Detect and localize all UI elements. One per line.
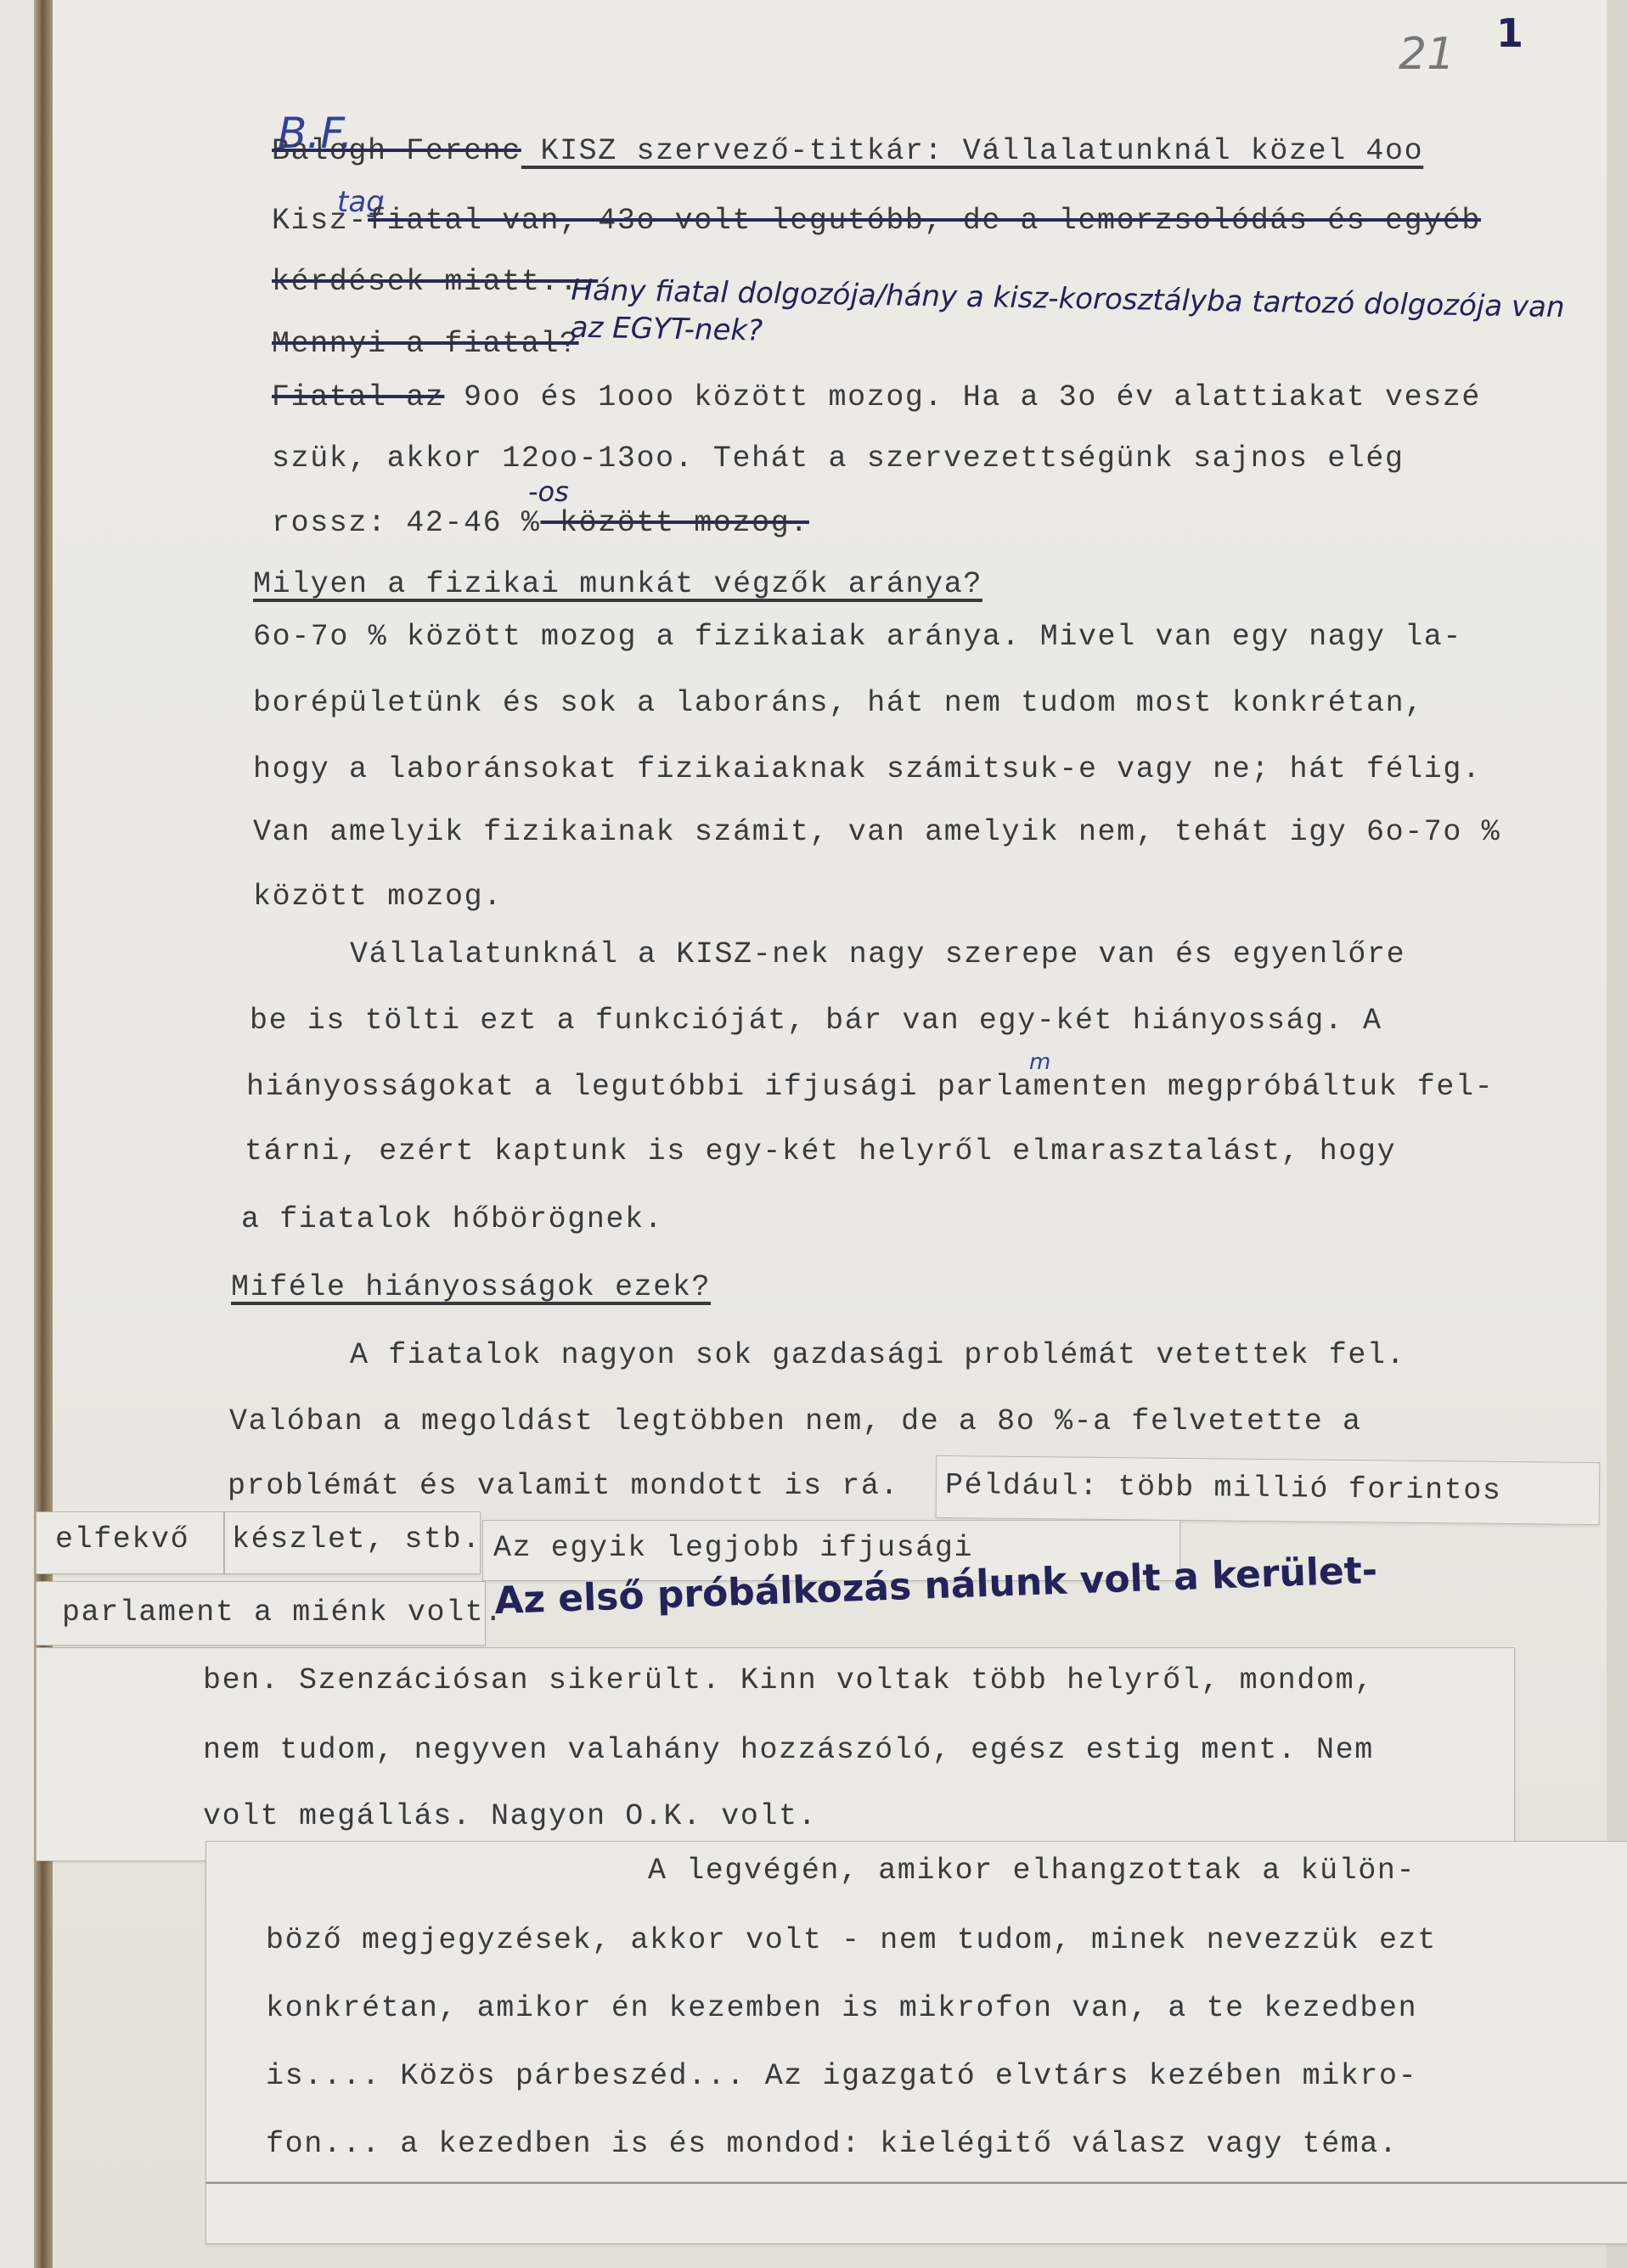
struck-text: fiatal van, 43o volt legutóbb, de a lemo… (368, 204, 1481, 238)
text-line: Mennyi a fiatal? (272, 327, 579, 361)
text-line: között mozog. (253, 880, 503, 914)
text-line: ben. Szenzációsan sikerült. Kinn voltak … (203, 1663, 1374, 1697)
struck-text: Fiatal az (272, 380, 444, 414)
text-line: Fiatal az 9oo és 1ooo között mozog. Ha a… (272, 380, 1481, 414)
text-line: böző megjegyzések, akkor volt - nem tudo… (266, 1923, 1437, 1957)
text-line: fon... a kezedben is és mondod: kielégit… (266, 2127, 1399, 2161)
text-fragment: Kisz- (272, 204, 368, 238)
interview-question: Miféle hiányosságok ezek? (231, 1270, 711, 1304)
text-line: hiányosságokat a legutóbbi ifjusági parl… (246, 1070, 1494, 1104)
text-line: elfekvő (55, 1522, 189, 1556)
text-line: A fiatalok nagyon sok gazdasági problémá… (350, 1338, 1405, 1372)
text-line: problémát és valamit mondott is rá. (228, 1469, 899, 1503)
text-line: 6o-7o % között mozog a fizikaiak aránya.… (253, 620, 1462, 654)
pasted-slip: Például: több millió forintos (936, 1455, 1601, 1525)
handwritten-question: Hány fiatal dolgozója/hány a kisz-korosz… (570, 272, 1573, 364)
pasted-slip: készlet, stb. (224, 1511, 481, 1574)
text-line: készlet, stb. (232, 1522, 481, 1556)
text-fragment: 9oo és 1ooo között mozog. Ha a 3o év ala… (444, 380, 1481, 414)
text-line: parlament a miénk volt. (62, 1595, 504, 1629)
text-line: Vállalatunknál a KISZ-nek nagy szerepe v… (350, 937, 1405, 971)
page-number-ink: 1 (1496, 10, 1523, 56)
text-line: Balogh Ferenc KISZ szervező-titkár: Váll… (272, 134, 1423, 168)
insertion-annotation: -os (528, 476, 569, 508)
pasted-slip: parlament a miénk volt. (36, 1581, 486, 1646)
document-page: 21 1 B.F. Balogh Ferenc KISZ szervező-ti… (53, 0, 1607, 2268)
binder-spine (34, 0, 53, 2268)
text-line: Az egyik legjobb ifjusági (493, 1531, 973, 1565)
speaker-role: KISZ szervező-titkár: Vállalatunknál köz… (521, 134, 1423, 168)
text-line: volt megállás. Nagyon O.K. volt. (203, 1799, 817, 1833)
text-line: Van amelyik fizikainak számit, van amely… (253, 815, 1500, 849)
pasted-slip: ben. Szenzációsan sikerült. Kinn voltak … (36, 1647, 1515, 1861)
text-line: konkrétan, amikor én kezemben is mikrofo… (266, 1991, 1417, 2025)
text-line: Kisz-fiatal van, 43o volt legutóbb, de a… (272, 204, 1481, 238)
page-number-pencil: 21 (1399, 29, 1455, 80)
text-line: nem tudom, negyven valahány hozzászóló, … (203, 1733, 1374, 1767)
struck-text: között mozog. (540, 506, 808, 540)
text-line: be is tölti ezt a funkcióját, bár van eg… (250, 1004, 1382, 1038)
background-sheet (0, 0, 37, 2268)
stacked-sheet-edge (205, 2182, 1627, 2244)
text-line: szük, akkor 12oo-13oo. Tehát a szervezet… (272, 442, 1405, 476)
text-line: A legvégén, amikor elhangzottak a külön- (648, 1854, 1416, 1888)
text-line: is.... Közös párbeszéd... Az igazgató el… (266, 2059, 1417, 2093)
interview-question: Milyen a fizikai munkát végzők aránya? (253, 567, 982, 601)
text-line: Valóban a megoldást legtöbben nem, de a … (229, 1404, 1362, 1438)
text-fragment: rossz: 42-46 % (272, 506, 540, 540)
struck-question: Mennyi a fiatal? (272, 327, 579, 361)
struck-text: Balogh Ferenc (272, 134, 521, 168)
text-line: a fiatalok hőbörögnek. (241, 1202, 663, 1236)
text-line: Például: több millió forintos (945, 1468, 1502, 1508)
pasted-slip: A legvégén, amikor elhangzottak a külön-… (205, 1841, 1627, 2182)
text-line: tárni, ezért kaptunk is egy-két helyről … (245, 1134, 1396, 1168)
struck-text: kérdések miatt... (272, 265, 598, 299)
text-line: kérdések miatt... (272, 265, 598, 299)
text-line: borépületünk és sok a laboráns, hát nem … (253, 686, 1424, 720)
text-line: hogy a laboránsokat fizikaiaknak számits… (253, 752, 1482, 786)
text-line: rossz: 42-46 % között mozog. (272, 506, 809, 540)
pasted-slip: elfekvő (36, 1511, 224, 1574)
